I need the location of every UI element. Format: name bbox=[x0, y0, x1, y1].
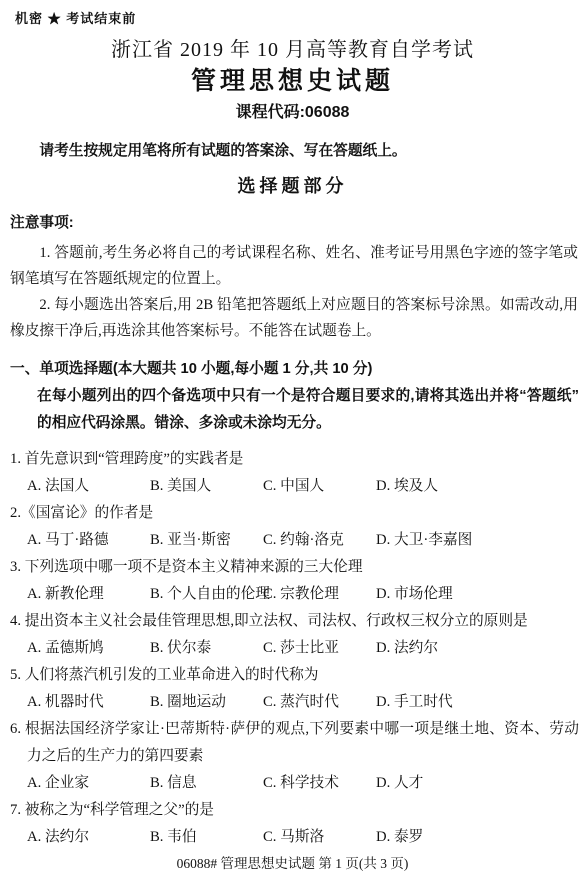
question-options: A. 法国人 B. 美国人 C. 中国人 D. 埃及人 bbox=[27, 473, 579, 500]
option-a: A. 法国人 bbox=[27, 473, 150, 500]
question-text: 3. 下列选项中哪一项不是资本主义精神来源的三大伦理 bbox=[10, 554, 579, 581]
answer-sheet-notice: 请考生按规定用笔将所有试题的答案涂、写在答题纸上。 bbox=[10, 141, 577, 161]
question-options: A. 新教伦理 B. 个人自由的伦理 C. 宗教伦理 D. 市场伦理 bbox=[27, 581, 579, 608]
question-text: 5. 人们将蒸汽机引发的工业革命进入的时代称为 bbox=[10, 662, 579, 689]
option-d: D. 手工时代 bbox=[376, 689, 579, 716]
question-text: 4. 提出资本主义社会最佳管理思想,即立法权、司法权、行政权三权分立的原则是 bbox=[10, 608, 579, 635]
classification-banner: 机密 ★ 考试结束前 bbox=[15, 8, 136, 27]
option-c: C. 宗教伦理 bbox=[263, 581, 376, 608]
option-b: B. 个人自由的伦理 bbox=[150, 581, 263, 608]
option-a: A. 新教伦理 bbox=[27, 581, 150, 608]
question-4: 4. 提出资本主义社会最佳管理思想,即立法权、司法权、行政权三权分立的原则是 A… bbox=[10, 608, 579, 662]
question-5: 5. 人们将蒸汽机引发的工业革命进入的时代称为 A. 机器时代 B. 圈地运动 … bbox=[10, 662, 579, 716]
option-b: B. 韦伯 bbox=[150, 824, 263, 851]
question-1: 1. 首先意识到“管理跨度”的实践者是 A. 法国人 B. 美国人 C. 中国人… bbox=[10, 446, 579, 500]
option-d: D. 泰罗 bbox=[376, 824, 579, 851]
option-c: C. 中国人 bbox=[263, 473, 376, 500]
question-3: 3. 下列选项中哪一项不是资本主义精神来源的三大伦理 A. 新教伦理 B. 个人… bbox=[10, 554, 579, 608]
question-text: 2.《国富论》的作者是 bbox=[10, 500, 579, 527]
note-item-2: 2. 每小题选出答案后,用 2B 铅笔把答题纸上对应题目的答案标号涂黑。如需改动… bbox=[10, 292, 578, 344]
note-item-1: 1. 答题前,考生务必将自己的考试课程名称、姓名、准考证号用黑色字迹的签字笔或钢… bbox=[10, 240, 578, 292]
single-choice-section: 一、单项选择题(本大题共 10 小题,每小题 1 分,共 10 分) 在每小题列… bbox=[10, 356, 579, 851]
option-a: A. 马丁·路德 bbox=[27, 527, 150, 554]
question-6: 6. 根据法国经济学家让·巴蒂斯特·萨伊的观点,下列要素中哪一项是继土地、资本、… bbox=[10, 716, 579, 797]
option-c: C. 马斯洛 bbox=[263, 824, 376, 851]
question-options: A. 马丁·路德 B. 亚当·斯密 C. 约翰·洛克 D. 大卫·李嘉图 bbox=[27, 527, 579, 554]
option-a: A. 法约尔 bbox=[27, 824, 150, 851]
option-d: D. 人才 bbox=[376, 770, 579, 797]
question-options: A. 机器时代 B. 圈地运动 C. 蒸汽时代 D. 手工时代 bbox=[27, 689, 579, 716]
option-d: D. 法约尔 bbox=[376, 635, 579, 662]
option-b: B. 圈地运动 bbox=[150, 689, 263, 716]
section-instruction: 在每小题列出的四个备选项中只有一个是符合题目要求的,请将其选出并将“答题纸”的相… bbox=[37, 383, 579, 437]
option-d: D. 埃及人 bbox=[376, 473, 579, 500]
page-title: 管理思想史试题 bbox=[0, 61, 585, 97]
option-b: B. 信息 bbox=[150, 770, 263, 797]
question-list: 1. 首先意识到“管理跨度”的实践者是 A. 法国人 B. 美国人 C. 中国人… bbox=[10, 446, 579, 851]
option-a: A. 孟德斯鸠 bbox=[27, 635, 150, 662]
question-2: 2.《国富论》的作者是 A. 马丁·路德 B. 亚当·斯密 C. 约翰·洛克 D… bbox=[10, 500, 579, 554]
question-options: A. 企业家 B. 信息 C. 科学技术 D. 人才 bbox=[27, 770, 579, 797]
notes-block: 注意事项: 1. 答题前,考生务必将自己的考试课程名称、姓名、准考证号用黑色字迹… bbox=[10, 213, 578, 344]
question-options: A. 法约尔 B. 韦伯 C. 马斯洛 D. 泰罗 bbox=[27, 824, 579, 851]
question-text: 6. 根据法国经济学家让·巴蒂斯特·萨伊的观点,下列要素中哪一项是继土地、资本、… bbox=[10, 716, 579, 770]
course-code: 课程代码:06088 bbox=[0, 99, 585, 122]
option-b: B. 伏尔泰 bbox=[150, 635, 263, 662]
question-text: 1. 首先意识到“管理跨度”的实践者是 bbox=[10, 446, 579, 473]
question-text: 7. 被称之为“科学管理之父”的是 bbox=[10, 797, 579, 824]
notes-heading: 注意事项: bbox=[10, 213, 578, 233]
option-c: C. 莎士比亚 bbox=[263, 635, 376, 662]
option-b: B. 亚当·斯密 bbox=[150, 527, 263, 554]
section-heading: 一、单项选择题(本大题共 10 小题,每小题 1 分,共 10 分) bbox=[10, 356, 579, 383]
option-c: C. 蒸汽时代 bbox=[263, 689, 376, 716]
exam-paper-page: 机密 ★ 考试结束前 浙江省 2019 年 10 月高等教育自学考试 管理思想史… bbox=[0, 0, 585, 885]
option-a: A. 企业家 bbox=[27, 770, 150, 797]
exam-session-line: 浙江省 2019 年 10 月高等教育自学考试 bbox=[0, 33, 585, 62]
page-footer: 06088# 管理思想史试题 第 1 页(共 3 页) bbox=[0, 852, 585, 872]
option-b: B. 美国人 bbox=[150, 473, 263, 500]
option-c: C. 约翰·洛克 bbox=[263, 527, 376, 554]
question-7: 7. 被称之为“科学管理之父”的是 A. 法约尔 B. 韦伯 C. 马斯洛 D.… bbox=[10, 797, 579, 851]
option-a: A. 机器时代 bbox=[27, 689, 150, 716]
question-options: A. 孟德斯鸠 B. 伏尔泰 C. 莎士比亚 D. 法约尔 bbox=[27, 635, 579, 662]
section-title: 选择题部分 bbox=[0, 172, 585, 198]
option-d: D. 大卫·李嘉图 bbox=[376, 527, 579, 554]
option-d: D. 市场伦理 bbox=[376, 581, 579, 608]
option-c: C. 科学技术 bbox=[263, 770, 376, 797]
